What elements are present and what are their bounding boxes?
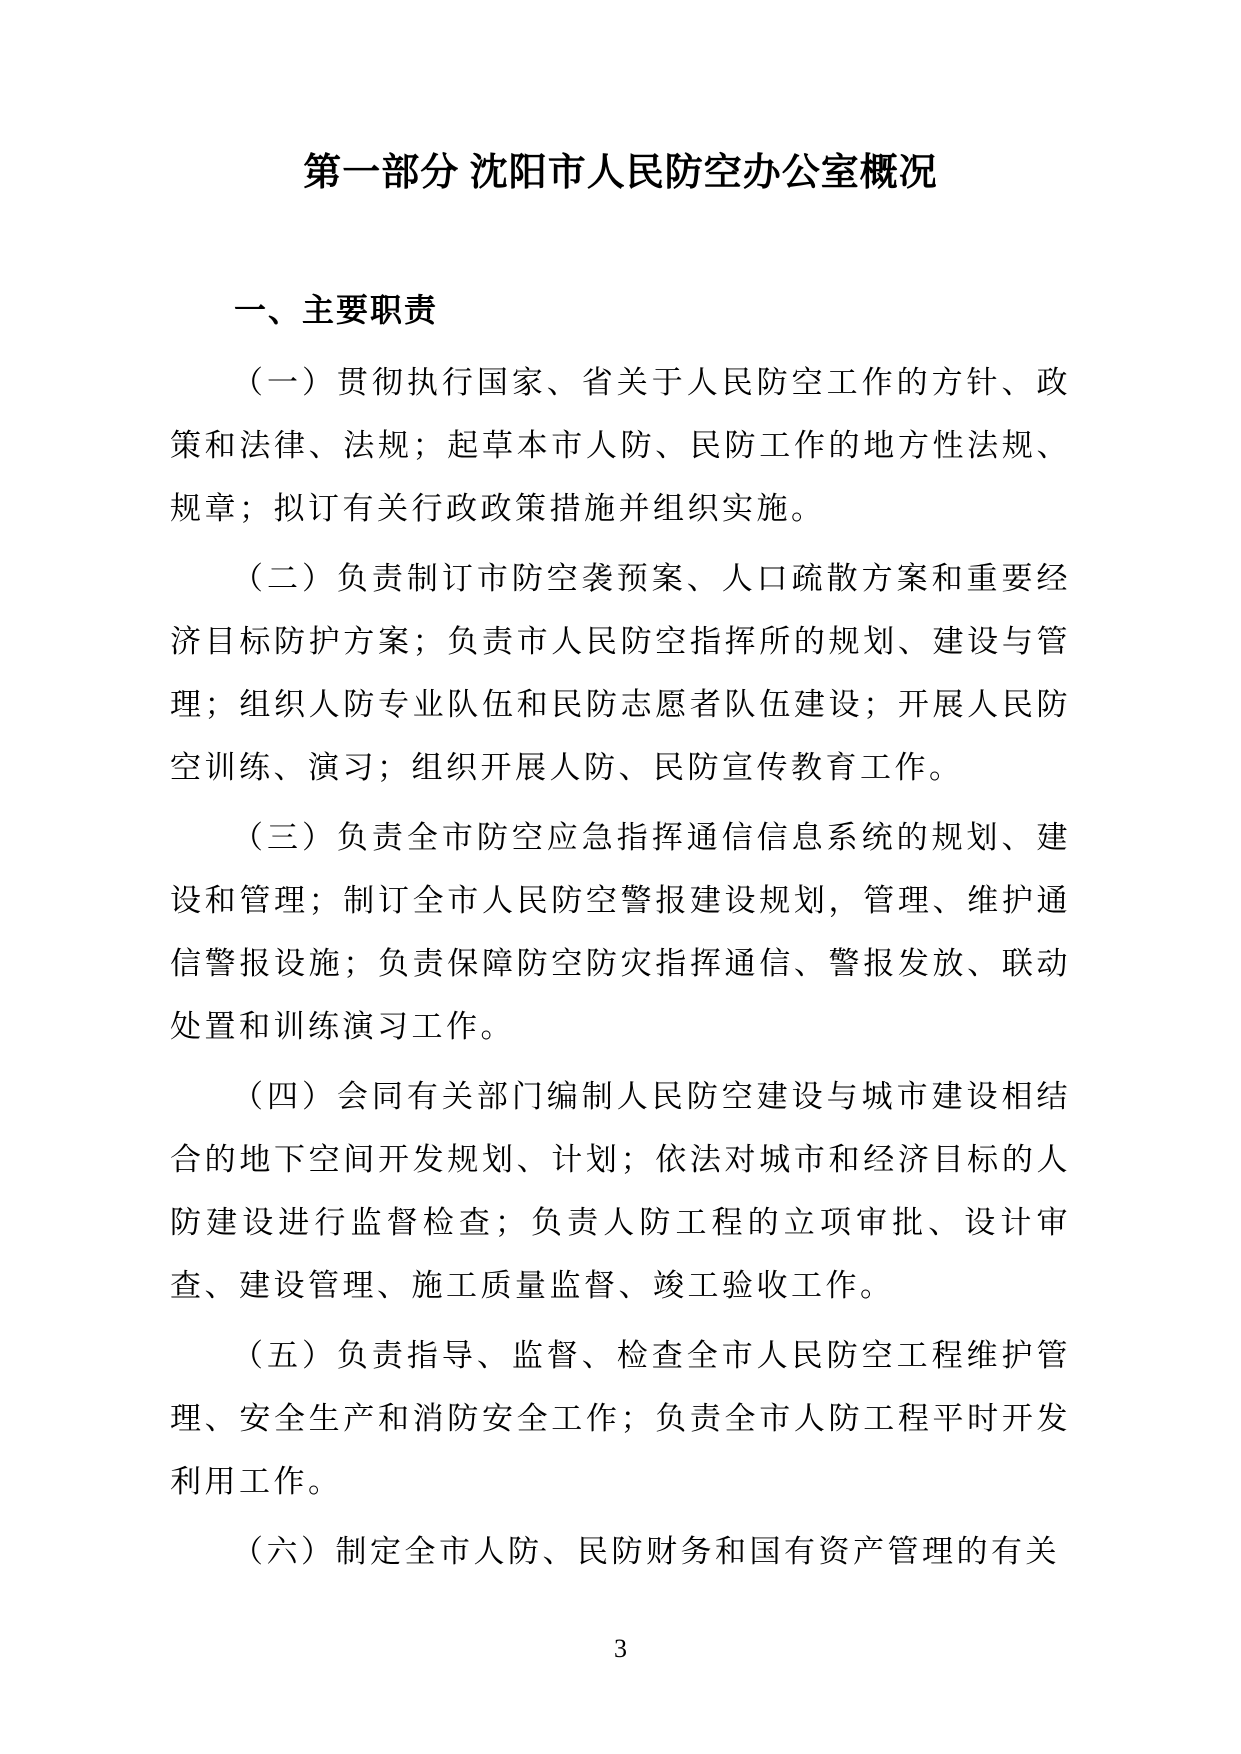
paragraph-6: （六）制定全市人防、民防财务和国有资产管理的有关: [170, 1520, 1071, 1583]
page-footer: 3: [0, 1634, 1241, 1664]
paragraph-1: （一）贯彻执行国家、省关于人民防空工作的方针、政策和法律、法规；起草本市人防、民…: [170, 351, 1071, 540]
paragraph-5: （五）负责指导、监督、检查全市人民防空工程维护管理、安全生产和消防安全工作；负责…: [170, 1324, 1071, 1513]
page-title: 第一部分 沈阳市人民防空办公室概况: [170, 150, 1071, 196]
document-page: 第一部分 沈阳市人民防空办公室概况 一、主要职责 （一）贯彻执行国家、省关于人民…: [0, 0, 1241, 1754]
paragraph-3: （三）负责全市防空应急指挥通信信息系统的规划、建设和管理；制订全市人民防空警报建…: [170, 806, 1071, 1058]
page-number: 3: [614, 1634, 627, 1663]
body-text: （一）贯彻执行国家、省关于人民防空工作的方针、政策和法律、法规；起草本市人防、民…: [170, 351, 1071, 1583]
paragraph-2: （二）负责制订市防空袭预案、人口疏散方案和重要经济目标防护方案；负责市人民防空指…: [170, 547, 1071, 799]
section-heading: 一、主要职责: [170, 293, 1071, 327]
paragraph-4: （四）会同有关部门编制人民防空建设与城市建设相结合的地下空间开发规划、计划；依法…: [170, 1065, 1071, 1317]
